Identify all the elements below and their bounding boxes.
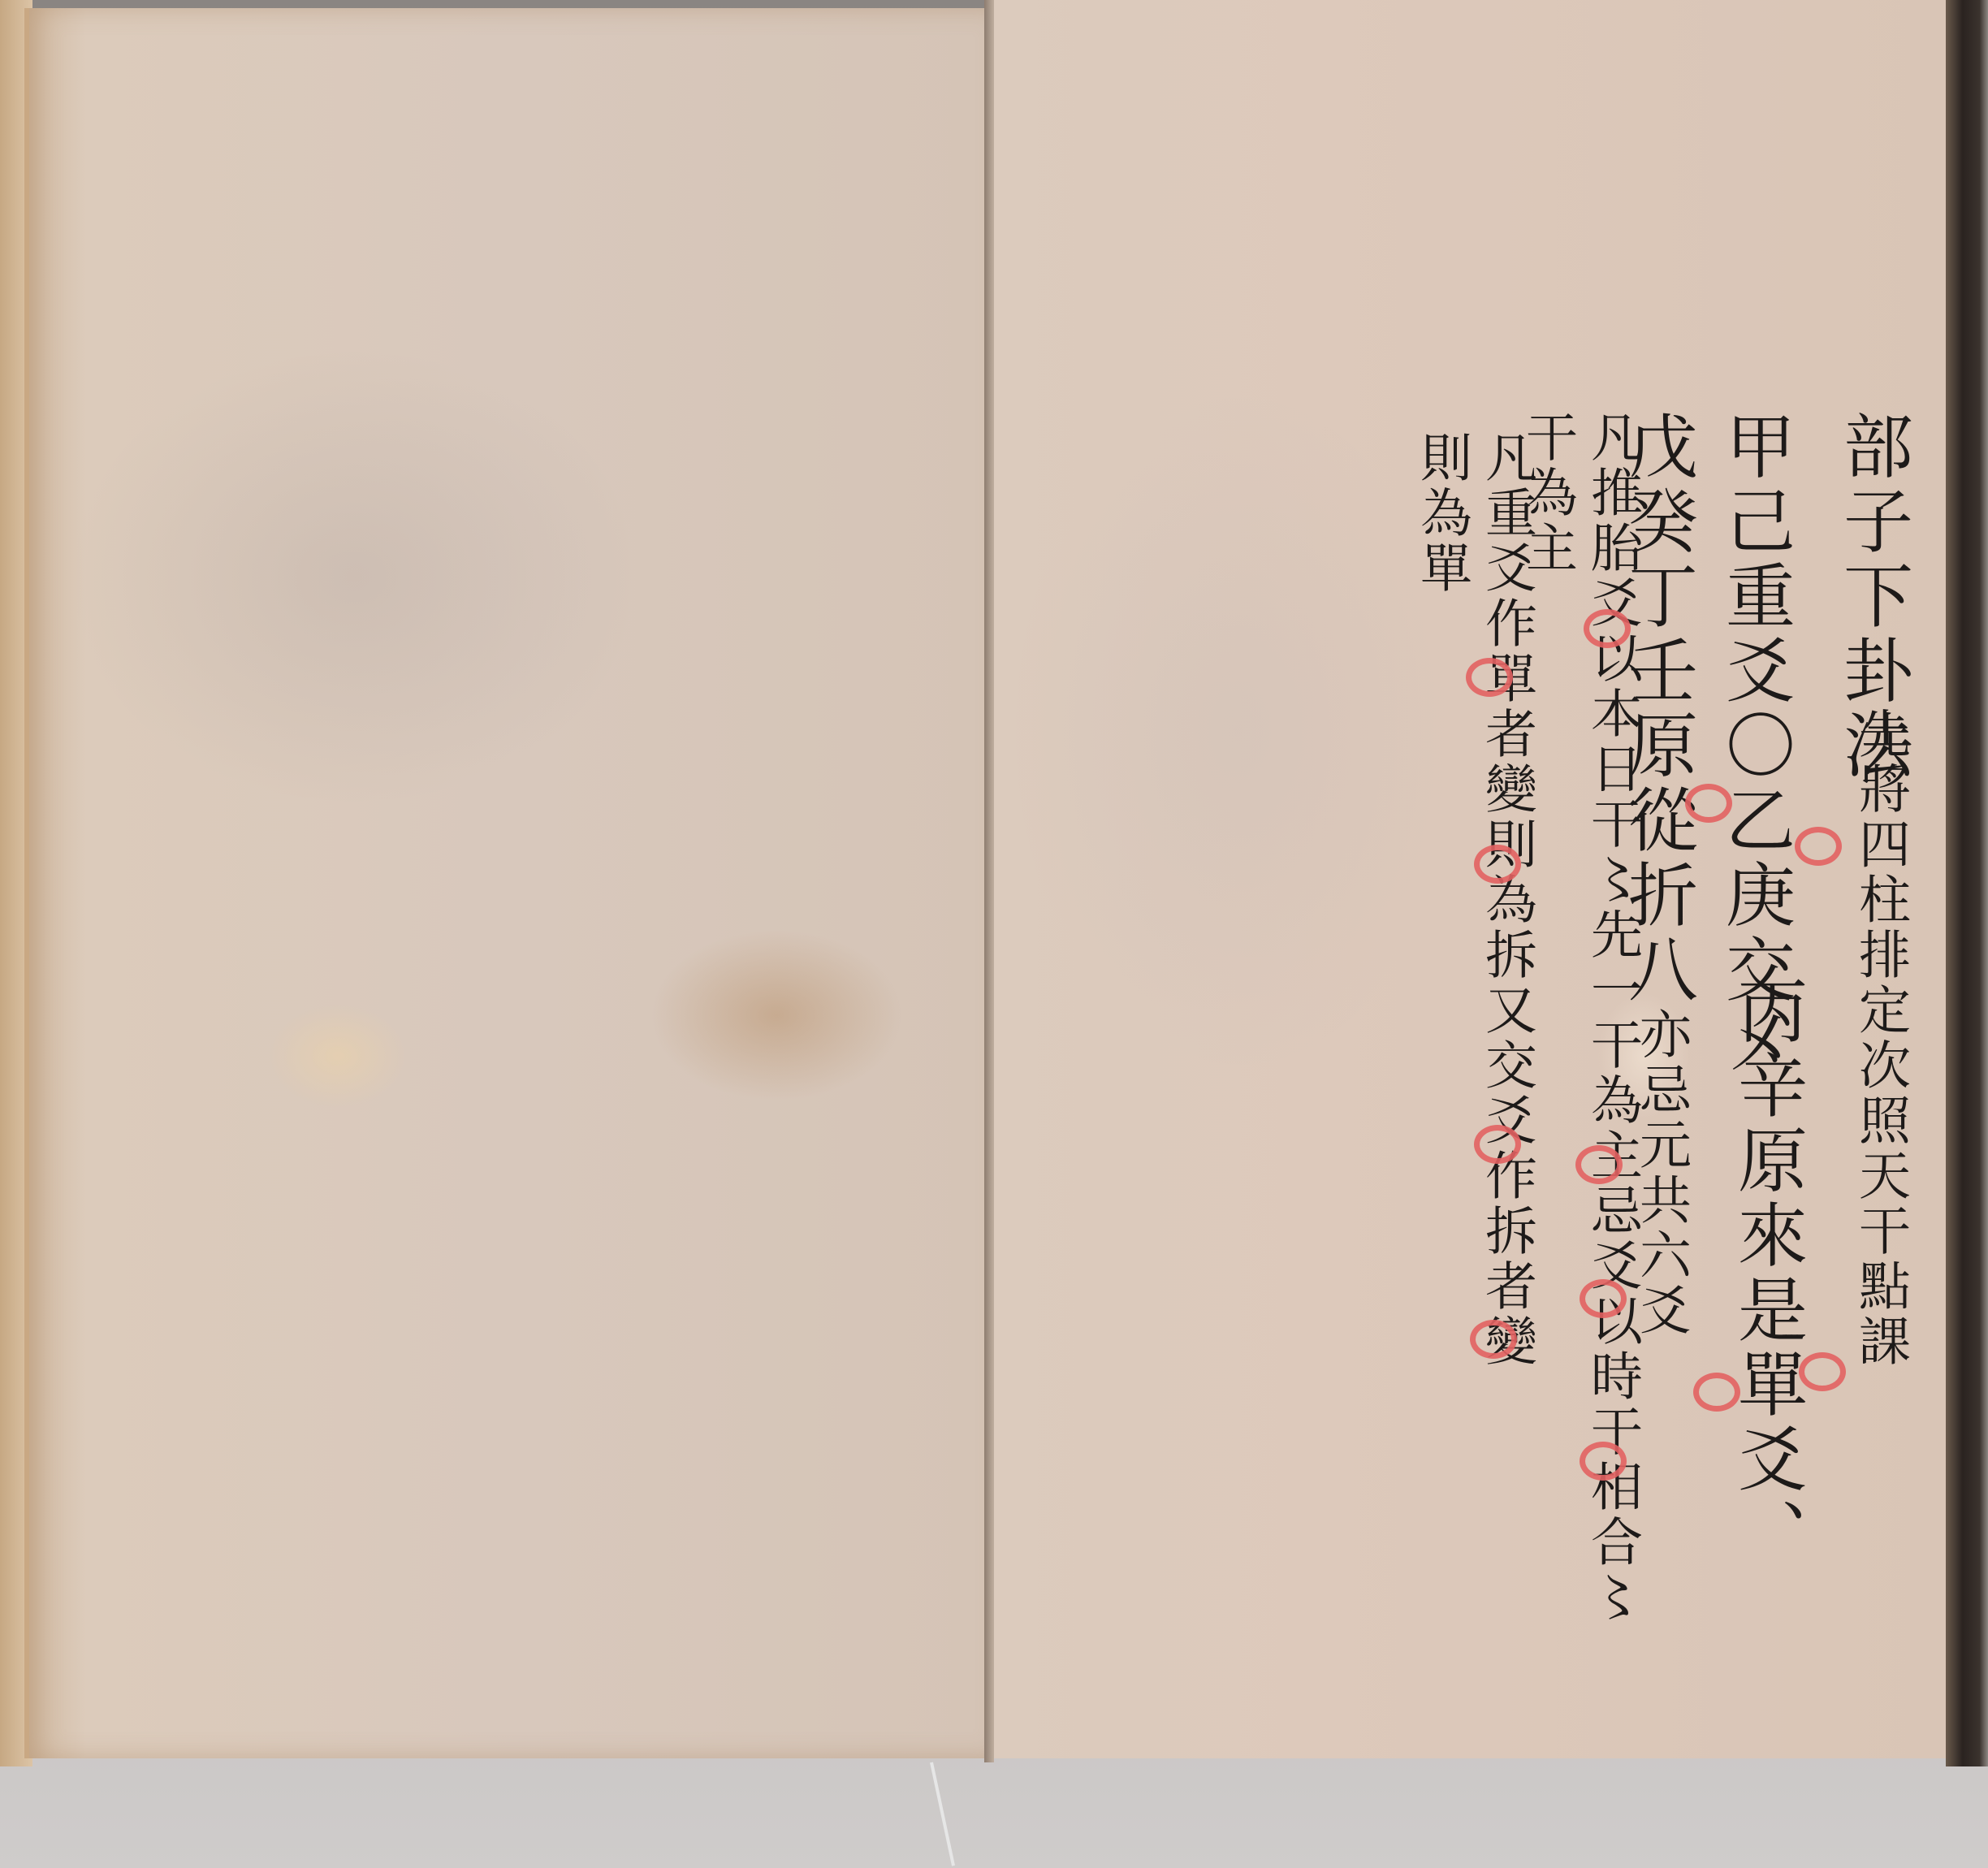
- red-circle-mark: [1584, 609, 1631, 648]
- red-circle-mark: [1795, 827, 1842, 866]
- text-column-2-bottom: 丙辛原來是單爻、: [1722, 975, 1811, 1572]
- book-binding-edge: [1946, 0, 1988, 1766]
- red-circle-mark: [1685, 784, 1732, 823]
- red-circle-mark: [1580, 1279, 1627, 1318]
- red-circle-mark: [1580, 1442, 1627, 1481]
- text-column-1-bottom: 先將四柱排定次照天干點課: [1848, 707, 1912, 1369]
- red-circle-mark: [1575, 1145, 1623, 1184]
- text-column-5: 凡重爻作單者變則為拆又交爻作拆者變則為單: [1409, 430, 1539, 1389]
- red-circle-mark: [1799, 1352, 1846, 1391]
- red-circle-mark: [1474, 845, 1521, 884]
- book-spine-gutter: [984, 0, 994, 1762]
- binding-thread: [930, 1762, 955, 1866]
- red-circle-mark: [1474, 1125, 1521, 1164]
- left-page-blank: [24, 8, 994, 1758]
- page-title: 𪶊記: [1035, 219, 1198, 528]
- red-circle-mark: [1466, 658, 1513, 697]
- red-circle-mark: [1693, 1373, 1740, 1412]
- red-circle-mark: [1470, 1320, 1517, 1359]
- book-scan: 𪶊記 部子下卦法 先將四柱排定次照天干點課 甲己重爻〇乙庚交㐅 丙辛原來是單爻、…: [0, 0, 1988, 1766]
